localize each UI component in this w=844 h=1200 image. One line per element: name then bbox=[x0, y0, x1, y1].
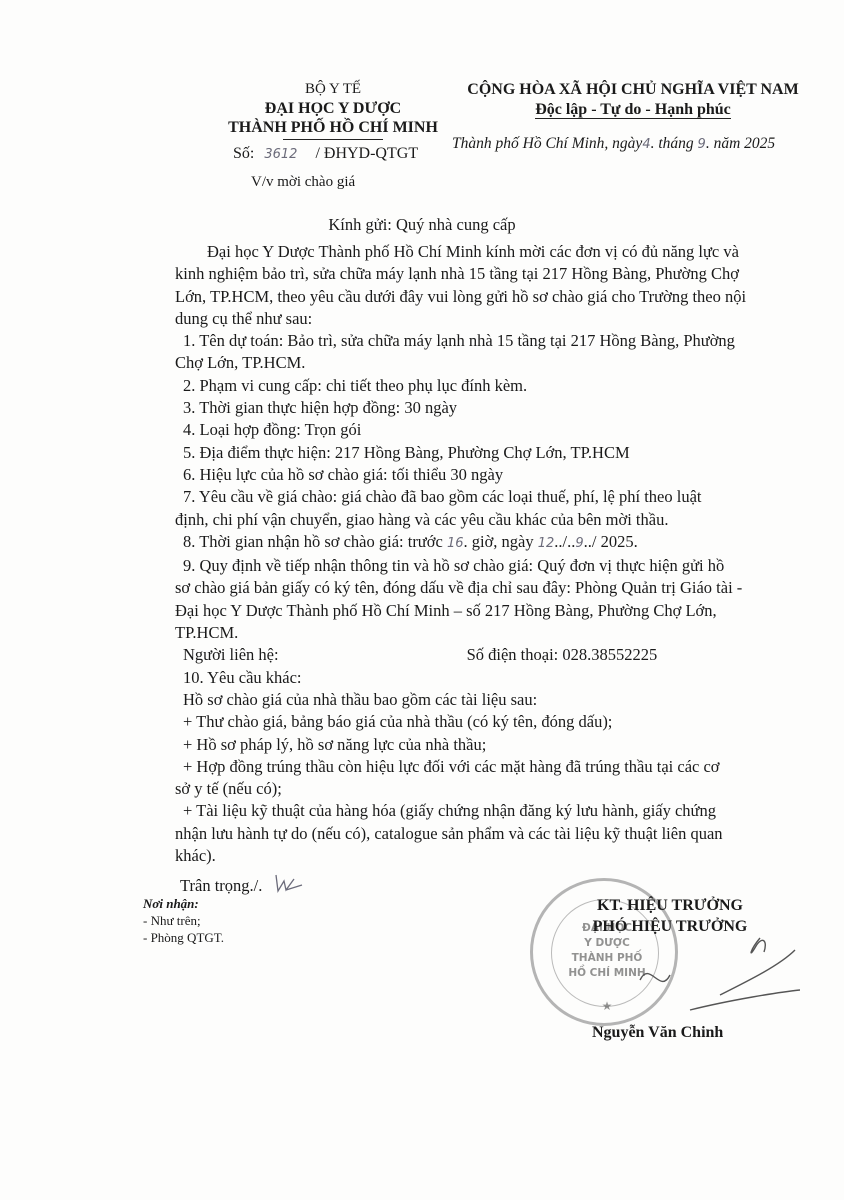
date-month-handwritten: 9 bbox=[698, 137, 706, 152]
deadline-month-handwritten: 9 bbox=[575, 536, 583, 551]
signer-name: Nguyễn Văn Chinh bbox=[592, 1024, 723, 1042]
deadline-day-handwritten: 12 bbox=[538, 536, 555, 551]
document-body: Đại học Y Dược Thành phố Hồ Chí Minh kín… bbox=[175, 241, 810, 867]
doc-number-suffix: / ĐHYD-QTGT bbox=[315, 145, 418, 162]
recipients-title: Nơi nhận: bbox=[143, 895, 224, 912]
document-date: Thành phố Hồ Chí Minh, ngày4. tháng 9. n… bbox=[452, 135, 775, 153]
doc-requirement: + Thư chào giá, bảng báo giá của nhà thầ… bbox=[175, 711, 810, 733]
doc-requirement: + Hồ sơ pháp lý, hồ sơ năng lực của nhà … bbox=[175, 734, 810, 756]
item-6: 6. Hiệu lực của hồ sơ chào giá: tối thiể… bbox=[175, 464, 810, 486]
header-divider bbox=[283, 139, 383, 140]
document-number: Số: 3612 / ĐHYD-QTGT bbox=[233, 145, 418, 163]
item-9-cont: sơ chào giá bản giấy có ký tên, đóng dấu… bbox=[175, 577, 810, 599]
recipients-block: Nơi nhận: - Như trên; - Phòng QTGT. bbox=[143, 895, 224, 946]
item-3: 3. Thời gian thực hiện hợp đồng: 30 ngày bbox=[175, 397, 810, 419]
deadline-hour-handwritten: 16 bbox=[447, 536, 464, 551]
initials-signature-icon bbox=[272, 873, 306, 895]
university-name-line1: ĐẠI HỌC Y DƯỢC bbox=[218, 99, 448, 118]
intro-line: kinh nghiệm bảo trì, sửa chữa máy lạnh n… bbox=[175, 263, 810, 285]
item-7: 7. Yêu cầu về giá chào: giá chào đã bao … bbox=[175, 486, 810, 508]
national-header: CỘNG HÒA XÃ HỘI CHỦ NGHĨA VIỆT NAM Độc l… bbox=[448, 80, 818, 120]
intro-line: dung cụ thể như sau: bbox=[175, 308, 810, 330]
doc-requirement-cont: sở y tế (nếu có); bbox=[175, 778, 810, 800]
item-5: 5. Địa điểm thực hiện: 217 Hồng Bàng, Ph… bbox=[175, 442, 810, 464]
doc-number-handwritten: 3612 bbox=[264, 147, 297, 162]
item-9: 9. Quy định về tiếp nhận thông tin và hồ… bbox=[175, 555, 810, 577]
contact-phone: Số điện thoại: 028.38552225 bbox=[467, 645, 658, 664]
item-9-cont: TP.HCM. bbox=[175, 622, 810, 644]
document-subject: V/v mời chào giá bbox=[251, 174, 355, 191]
item-7-cont: định, chi phí vận chuyển, giao hàng và c… bbox=[175, 509, 810, 531]
agency-header: BỘ Y TẾ ĐẠI HỌC Y DƯỢC THÀNH PHỐ HỒ CHÍ … bbox=[218, 80, 448, 140]
item-2: 2. Phạm vi cung cấp: chi tiết theo phụ l… bbox=[175, 375, 810, 397]
doc-requirement: + Hợp đồng trúng thầu còn hiệu lực đối v… bbox=[175, 756, 810, 778]
recipient-item: - Phòng QTGT. bbox=[143, 929, 224, 946]
country-name: CỘNG HÒA XÃ HỘI CHỦ NGHĨA VIỆT NAM bbox=[448, 80, 818, 100]
signature-icon bbox=[600, 920, 800, 1020]
date-day-handwritten: 4 bbox=[642, 137, 650, 152]
item-10: 10. Yêu cầu khác: bbox=[175, 667, 810, 689]
contact-label: Người liên hệ: bbox=[183, 645, 279, 664]
item-8: 8. Thời gian nhận hồ sơ chào giá: trước … bbox=[175, 531, 810, 555]
item-1: 1. Tên dự toán: Bảo trì, sửa chữa máy lạ… bbox=[175, 330, 810, 352]
doc-requirement: + Tài liệu kỹ thuật của hàng hóa (giấy c… bbox=[175, 800, 810, 822]
docs-intro: Hồ sơ chào giá của nhà thầu bao gồm các … bbox=[175, 689, 810, 711]
doc-number-label: Số: bbox=[233, 145, 254, 162]
item-9-cont: Đại học Y Dược Thành phố Hồ Chí Minh – s… bbox=[175, 600, 810, 622]
closing-remark: Trân trọng./. bbox=[180, 873, 306, 896]
recipient-item: - Như trên; bbox=[143, 912, 224, 929]
salutation: Kính gửi: Quý nhà cung cấp bbox=[0, 215, 844, 235]
item-1-cont: Chợ Lớn, TP.HCM. bbox=[175, 352, 810, 374]
contact-row: Người liên hệ:Số điện thoại: 028.3855222… bbox=[175, 644, 810, 666]
intro-line: Lớn, TP.HCM, theo yêu cầu dưới đây vui l… bbox=[175, 286, 810, 308]
university-name-line2: THÀNH PHỐ HỒ CHÍ MINH bbox=[218, 118, 448, 137]
national-motto: Độc lập - Tự do - Hạnh phúc bbox=[448, 100, 818, 120]
doc-requirement-cont: nhận lưu hành tự do (nếu có), catalogue … bbox=[175, 823, 810, 845]
item-4: 4. Loại hợp đồng: Trọn gói bbox=[175, 419, 810, 441]
doc-requirement-cont: khác). bbox=[175, 845, 810, 867]
ministry-name: BỘ Y TẾ bbox=[218, 80, 448, 99]
intro-line: Đại học Y Dược Thành phố Hồ Chí Minh kín… bbox=[175, 241, 810, 263]
